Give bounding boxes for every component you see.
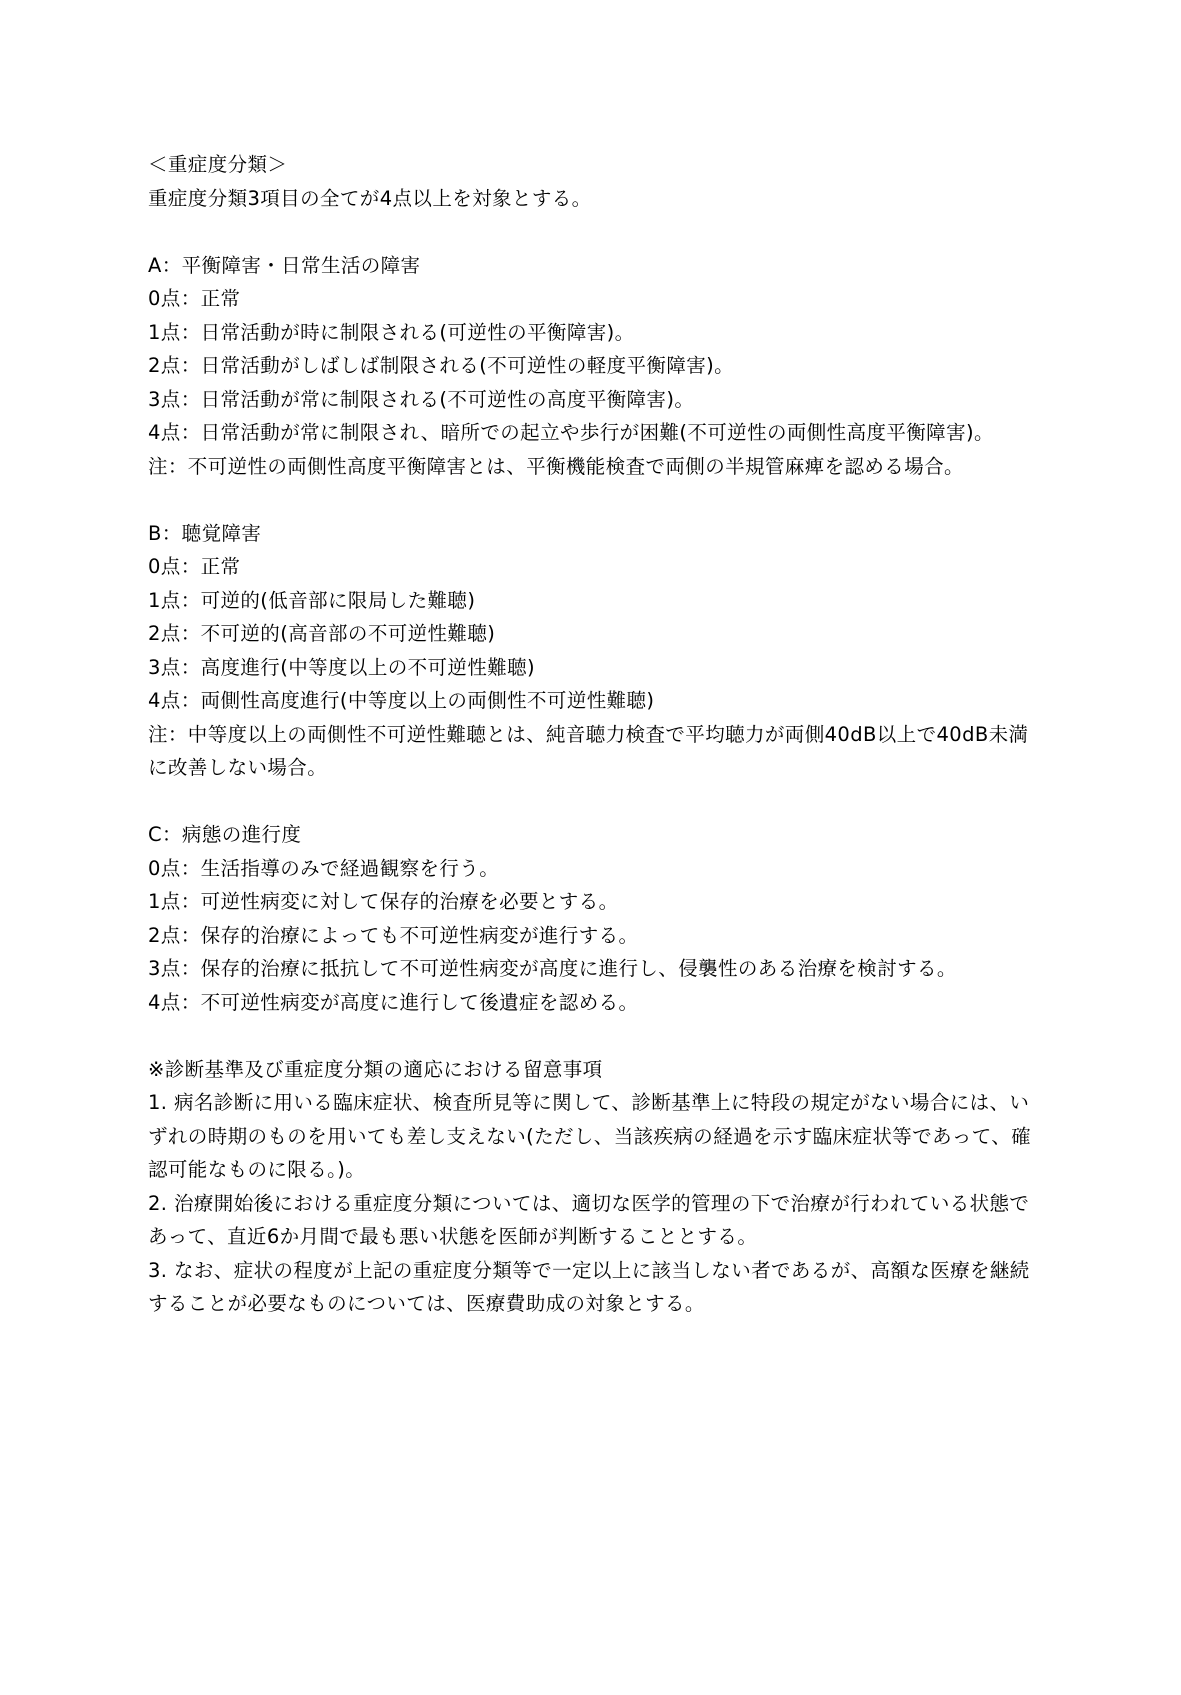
notes-item: 2. 治療開始後における重症度分類については、適切な医学的管理の下で治療が行われ…	[148, 1187, 1043, 1254]
notes-section: ※診断基準及び重症度分類の適応における留意事項 1. 病名診断に用いる臨床症状、…	[148, 1053, 1043, 1321]
score-item: 2点：日常活動がしばしば制限される(不可逆性の軽度平衡障害)。	[148, 349, 1043, 383]
spacer	[148, 1019, 1043, 1053]
score-item: 4点：日常活動が常に制限され、暗所での起立や歩行が困難(不可逆性の両側性高度平衡…	[148, 416, 1043, 450]
section-b: B：聴覚障害 0点：正常 1点：可逆的(低音部に限局した難聴) 2点：不可逆的(…	[148, 517, 1043, 785]
section-heading: B：聴覚障害	[148, 517, 1043, 551]
section-c: C：病態の進行度 0点：生活指導のみで経過観察を行う。 1点：可逆性病変に対して…	[148, 818, 1043, 1019]
document-intro: 重症度分類3項目の全てが4点以上を対象とする。	[148, 182, 1043, 216]
score-item: 3点：高度進行(中等度以上の不可逆性難聴)	[148, 651, 1043, 685]
section-note: 注：不可逆性の両側性高度平衡障害とは、平衡機能検査で両側の半規管麻痺を認める場合…	[148, 450, 1043, 484]
section-heading: A：平衡障害・日常生活の障害	[148, 249, 1043, 283]
section-a: A：平衡障害・日常生活の障害 0点：正常 1点：日常活動が時に制限される(可逆性…	[148, 249, 1043, 484]
score-item: 2点：保存的治療によっても不可逆性病変が進行する。	[148, 919, 1043, 953]
notes-item: 3. なお、症状の程度が上記の重症度分類等で一定以上に該当しない者であるが、高額…	[148, 1254, 1043, 1321]
document-title: ＜重症度分類＞	[148, 148, 1043, 182]
spacer	[148, 215, 1043, 249]
section-note: 注：中等度以上の両側性不可逆性難聴とは、純音聴力検査で平均聴力が両側40dB以上…	[148, 718, 1043, 785]
score-item: 4点：不可逆性病変が高度に進行して後遺症を認める。	[148, 986, 1043, 1020]
score-item: 3点：保存的治療に抵抗して不可逆性病変が高度に進行し、侵襲性のある治療を検討する…	[148, 952, 1043, 986]
score-item: 0点：正常	[148, 550, 1043, 584]
score-item: 0点：正常	[148, 282, 1043, 316]
notes-heading: ※診断基準及び重症度分類の適応における留意事項	[148, 1053, 1043, 1087]
score-item: 4点：両側性高度進行(中等度以上の両側性不可逆性難聴)	[148, 684, 1043, 718]
score-item: 1点：可逆的(低音部に限局した難聴)	[148, 584, 1043, 618]
document-page: ＜重症度分類＞ 重症度分類3項目の全てが4点以上を対象とする。 A：平衡障害・日…	[148, 148, 1043, 1321]
score-item: 2点：不可逆的(高音部の不可逆性難聴)	[148, 617, 1043, 651]
spacer	[148, 785, 1043, 819]
score-item: 3点：日常活動が常に制限される(不可逆性の高度平衡障害)。	[148, 383, 1043, 417]
score-item: 1点：可逆性病変に対して保存的治療を必要とする。	[148, 885, 1043, 919]
score-item: 1点：日常活動が時に制限される(可逆性の平衡障害)。	[148, 316, 1043, 350]
spacer	[148, 483, 1043, 517]
score-item: 0点：生活指導のみで経過観察を行う。	[148, 852, 1043, 886]
notes-item: 1. 病名診断に用いる臨床症状、検査所見等に関して、診断基準上に特段の規定がない…	[148, 1086, 1043, 1187]
section-heading: C：病態の進行度	[148, 818, 1043, 852]
